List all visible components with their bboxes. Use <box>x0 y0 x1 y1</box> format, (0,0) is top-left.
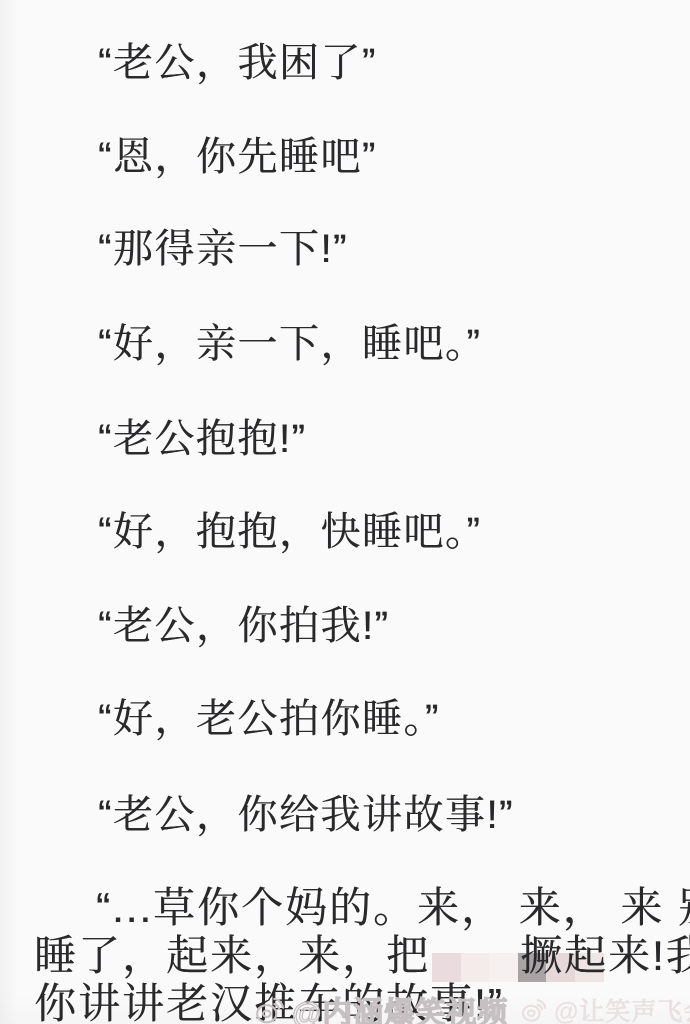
weibo-icon <box>520 997 548 1023</box>
watermark-handle: @让笑声飞会 <box>554 992 690 1024</box>
dialogue-line: “好，老公拍你睡。” <box>98 696 440 742</box>
watermark-left: @内涵爆笑视频 <box>254 988 508 1024</box>
dialogue-line: “那得亲一下!” <box>98 226 348 272</box>
dialogue-line: “老公，你给我讲故事!” <box>98 792 514 838</box>
meme-text-image: “老公，我困了” “恩，你先睡吧” “那得亲一下!” “好，亲一下，睡吧。” “… <box>0 0 690 1024</box>
dialogue-line: “好，亲一下，睡吧。” <box>98 321 481 367</box>
watermark-right: @让笑声飞会 <box>520 992 690 1024</box>
dialogue-line: “老公，我困了” <box>98 40 377 86</box>
watermark-handle: @内涵爆笑视频 <box>292 988 508 1024</box>
punchline-line-1: “...草你个妈的。来， 来， 来 别 <box>96 884 690 932</box>
punchline-line-2-before: 睡了，起来，来，把 <box>34 932 430 979</box>
weibo-icon <box>254 995 286 1024</box>
dialogue-line: “老公抱抱!” <box>98 416 306 462</box>
punchline-line-2-after: 撅起来!我给 <box>520 932 690 979</box>
dialogue-line: “恩，你先睡吧” <box>98 134 377 180</box>
dialogue-line: “老公，你拍我!” <box>98 603 389 649</box>
dialogue-line: “好，抱抱，快睡吧。” <box>98 509 481 555</box>
